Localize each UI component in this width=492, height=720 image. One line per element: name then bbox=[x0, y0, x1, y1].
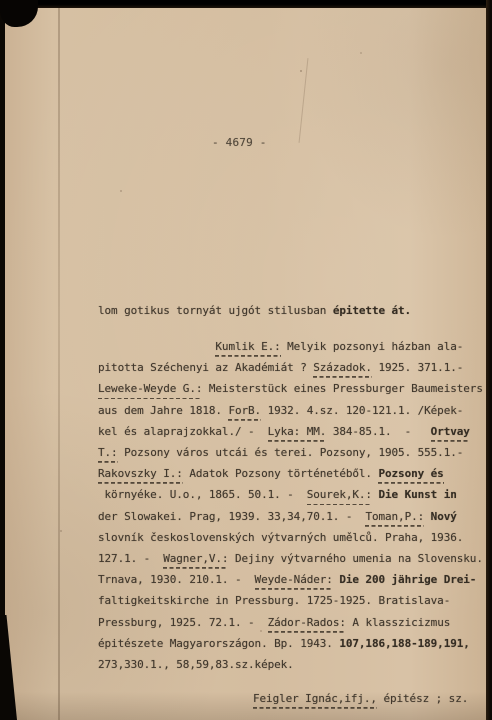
text-segment: Meisterstück eines Pressburger Baumeiste… bbox=[202, 382, 482, 395]
scanned-page: - 4679 - lom gotikus tornyát ujgót stilu… bbox=[0, 0, 492, 720]
typed-line: Rakovszky I.: Adatok Pozsony történetébő… bbox=[98, 463, 490, 484]
intro-paragraph: lom gotikus tornyát ujgót stilusban épit… bbox=[98, 300, 490, 321]
typed-line: Trnava, 1930. 210.1. - Weyde-Náder: Die … bbox=[98, 569, 490, 590]
text-segment: der Slowakei. Prag, 1939. 33,34,70.1. - bbox=[98, 510, 365, 523]
typed-line: Kumlik E.: Melyik pozsonyi házban ala- bbox=[98, 336, 490, 357]
text-segment bbox=[98, 340, 215, 353]
underlined-text-segment: Toman,P.: bbox=[365, 510, 424, 527]
text-segment: A klasszicizmus bbox=[346, 616, 450, 629]
text-segment: slovník československých výtvarných uměl… bbox=[98, 531, 463, 544]
typed-line: környéke. U.o., 1865. 50.1. - Sourek,K.:… bbox=[98, 484, 490, 505]
scan-edge-left bbox=[0, 0, 5, 720]
scan-edge-top bbox=[0, 0, 492, 8]
text-segment: faltigkeitskirche in Pressburg. 1725-192… bbox=[98, 594, 450, 607]
text-segment: 273,330.1., 58,59,83.sz.képek. bbox=[98, 658, 294, 671]
underlined-text-segment: Kumlik E.: bbox=[215, 340, 280, 357]
paper-specks bbox=[300, 70, 302, 72]
text-segment: Adatok Pozsony történetéből. bbox=[183, 467, 379, 480]
underlined-text-segment: Századok. bbox=[313, 361, 372, 378]
text-segment: Nový bbox=[431, 510, 457, 523]
typed-line: pitotta Széchenyi az Akadémiát ? Százado… bbox=[98, 357, 490, 378]
typed-line: faltigkeitskirche in Pressburg. 1725-192… bbox=[98, 590, 490, 611]
bibliography-block: Kumlik E.: Melyik pozsonyi házban ala-pi… bbox=[98, 336, 490, 675]
underlined-text-segment: Leweke-Weyde G.: bbox=[98, 382, 202, 399]
text-segment: Pozsony város utcái és terei. Pozsony, 1… bbox=[118, 446, 464, 459]
text-segment: Trnava, 1930. 210.1. - bbox=[98, 573, 255, 586]
text-segment: kel és alaprajzokkal./ - bbox=[98, 425, 268, 438]
typed-line: Pressburg, 1925. 72.1. - Zádor-Rados: A … bbox=[98, 612, 490, 633]
text-segment: Melyik pozsonyi házban ala- bbox=[281, 340, 464, 353]
typed-line: aus dem Jahre 1818. ForB. 1932. 4.sz. 12… bbox=[98, 400, 490, 421]
underlined-text-segment: Rakovszky I.: bbox=[98, 467, 183, 484]
typed-line: der Slowakei. Prag, 1939. 33,34,70.1. - … bbox=[98, 506, 490, 527]
typed-line: 273,330.1., 58,59,83.sz.képek. bbox=[98, 654, 490, 675]
typed-line: lom gotikus tornyát ujgót stilusban épit… bbox=[98, 300, 490, 321]
text-segment: 127.1. - bbox=[98, 552, 163, 565]
footer-entry: Feigler Ignác,ifj., épitész ; sz. bbox=[253, 688, 489, 709]
text-segment: Die 200 jährige Drei- bbox=[339, 573, 476, 586]
page-number: - 4679 - bbox=[212, 136, 267, 149]
underlined-text-segment: Wagner,V.: bbox=[163, 552, 228, 569]
typed-line: kel és alaprajzokkal./ - Lyka: MM. 384-8… bbox=[98, 421, 490, 442]
text-segment: épitészete Magyarországon. Bp. 1943. bbox=[98, 637, 339, 650]
text-segment: Die Kunst in bbox=[379, 488, 457, 501]
typed-line: épitészete Magyarországon. Bp. 1943. 107… bbox=[98, 633, 490, 654]
underlined-text-segment: ForB. bbox=[228, 404, 261, 421]
text-segment: 107,186,188-189,191, bbox=[339, 637, 469, 650]
text-segment: pitotta Széchenyi az Akadémiát ? bbox=[98, 361, 313, 374]
paper-crease-line bbox=[58, 0, 60, 720]
underlined-text-segment: Ortvay bbox=[431, 425, 470, 442]
typed-line: slovník československých výtvarných uměl… bbox=[98, 527, 490, 548]
text-segment: épitette át. bbox=[333, 304, 411, 317]
text-segment: 1925. 371.1.- bbox=[372, 361, 463, 374]
underlined-text-segment: Weyde-Náder: bbox=[255, 573, 333, 590]
underlined-text-segment: Sourek,K.: bbox=[307, 488, 372, 505]
underlined-text-segment: T.: bbox=[98, 446, 118, 463]
underlined-text-segment: Zádor-Rados: bbox=[268, 616, 346, 633]
typed-line: T.: Pozsony város utcái és terei. Pozson… bbox=[98, 442, 490, 463]
text-segment: Dejiny výtvarného umenia na Slovensku. bbox=[228, 552, 482, 565]
underlined-text-segment: Feigler Ignác,ifj., bbox=[253, 692, 377, 709]
text-segment: környéke. U.o., 1865. 50.1. - bbox=[98, 488, 307, 501]
text-segment: épitész ; sz. bbox=[377, 692, 468, 705]
underlined-text-segment: Lyka: MM. bbox=[268, 425, 327, 442]
text-segment: Pressburg, 1925. 72.1. - bbox=[98, 616, 268, 629]
text-segment: 1932. 4.sz. 120-121.1. /Képek- bbox=[261, 404, 463, 417]
text-segment: aus dem Jahre 1818. bbox=[98, 404, 228, 417]
text-segment: 384-85.1. - bbox=[326, 425, 430, 438]
text-segment: lom gotikus tornyát ujgót stilusban bbox=[98, 304, 333, 317]
underlined-text-segment: Pozsony és bbox=[378, 467, 443, 484]
typed-line: 127.1. - Wagner,V.: Dejiny výtvarného um… bbox=[98, 548, 490, 569]
typed-line: Feigler Ignác,ifj., épitész ; sz. bbox=[253, 688, 489, 709]
typed-line: Leweke-Weyde G.: Meisterstück eines Pres… bbox=[98, 378, 490, 399]
